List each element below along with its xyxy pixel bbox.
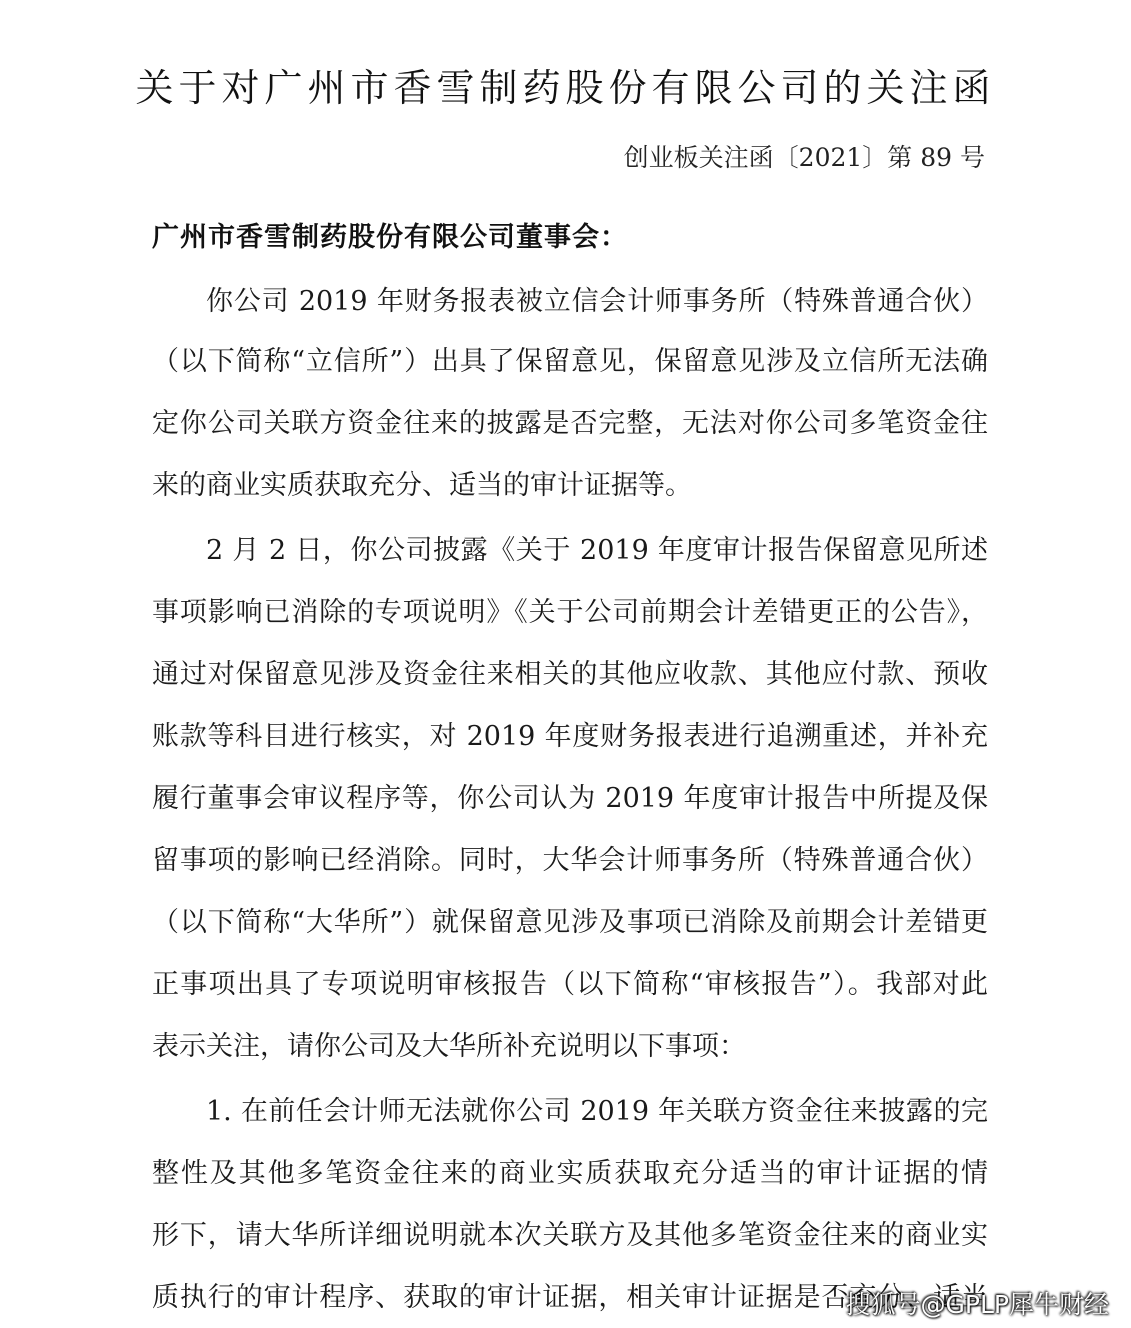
paragraph-line: 留事项的影响已经消除。同时，大华会计师事务所（特殊普通合伙） [152,841,988,881]
paragraph-line: （以下简称“大华所”）就保留意见涉及事项已消除及前期会计差错更 [152,903,988,943]
paragraph-line: 履行董事会审议程序等，你公司认为 2019 年度审计报告中所提及保 [152,779,988,819]
salutation: 广州市香雪制药股份有限公司董事会： [152,216,628,260]
document-number: 创业板关注函〔2021〕第 89 号 [624,138,985,178]
document-title: 关于对广州市香雪制药股份有限公司的关注函 [0,58,1131,118]
paragraph-line: 1. 在前任会计师无法就你公司 2019 年关联方资金往来披露的完 [206,1092,988,1132]
paragraph-line: 通过对保留意见涉及资金往来相关的其他应收款、其他应付款、预收 [152,655,988,695]
paragraph-line: 2 月 2 日，你公司披露《关于 2019 年度审计报告保留意见所述 [206,531,988,571]
paragraph-line: 表示关注，请你公司及大华所补充说明以下事项： [152,1027,988,1067]
paragraph-line: 整性及其他多笔资金往来的商业实质获取充分适当的审计证据的情 [152,1154,988,1194]
paragraph-line: 正事项出具了专项说明审核报告（以下简称“审核报告”）。我部对此 [152,965,988,1005]
paragraph-line: 定你公司关联方资金往来的披露是否完整，无法对你公司多笔资金往 [152,404,988,444]
paragraph-line: 事项影响已消除的专项说明》《关于公司前期会计差错更正的公告》， [152,593,988,633]
paragraph-line: （以下简称“立信所”）出具了保留意见，保留意见涉及立信所无法确 [152,342,988,382]
watermark: 搜狐号@GPLP犀牛财经 [846,1287,1109,1323]
paragraph-line: 你公司 2019 年财务报表被立信会计师事务所（特殊普通合伙） [206,282,988,322]
document-page: 关于对广州市香雪制药股份有限公司的关注函 创业板关注函〔2021〕第 89 号 … [0,0,1131,1328]
paragraph-line: 账款等科目进行核实，对 2019 年度财务报表进行追溯重述，并补充 [152,717,988,757]
paragraph-line: 来的商业实质获取充分、适当的审计证据等。 [152,466,988,506]
paragraph-line: 形下，请大华所详细说明就本次关联方及其他多笔资金往来的商业实 [152,1216,988,1256]
